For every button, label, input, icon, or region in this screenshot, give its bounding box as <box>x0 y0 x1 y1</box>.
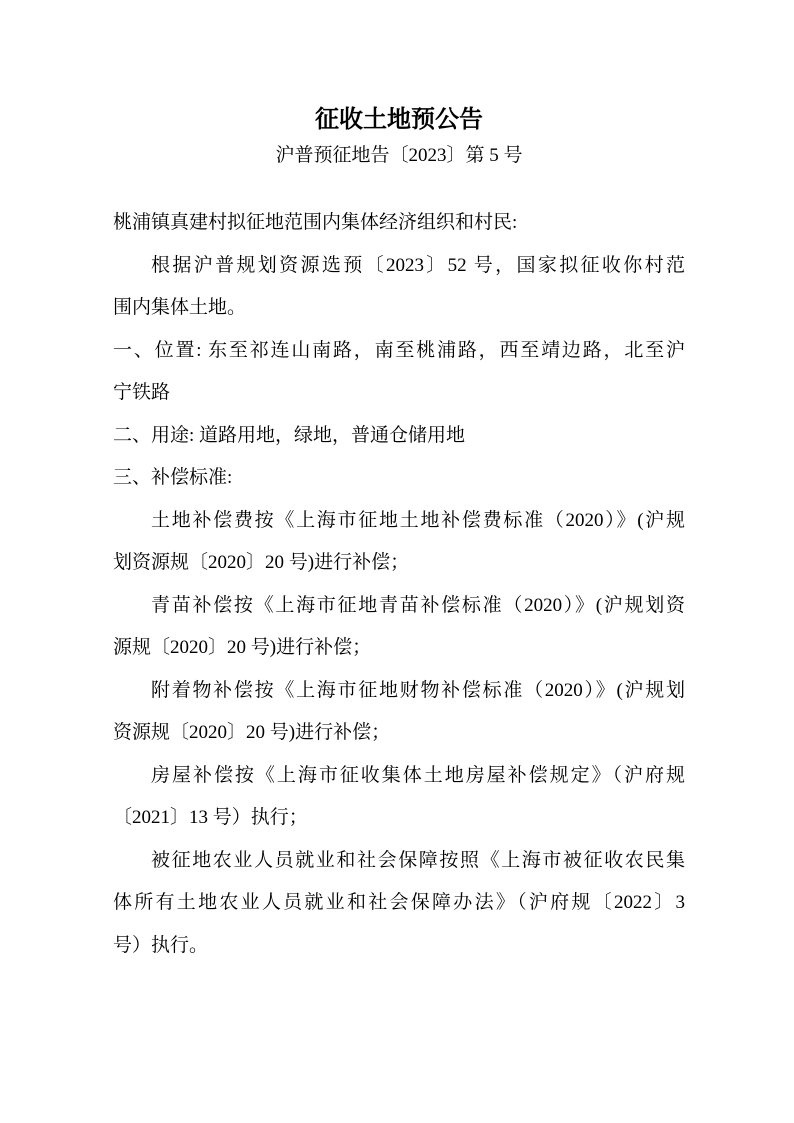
text-line: 根据沪普规划资源选预〔2023〕52 号，国家拟征收你村范 <box>113 245 685 288</box>
text-line: 房屋补偿按《上海市征收集体土地房屋补偿规定》（沪府规 <box>113 755 685 798</box>
paragraph-salutation: 桃浦镇真建村拟征地范围内集体经济组织和村民: <box>113 202 685 245</box>
text-line: 三、补偿标准: <box>113 457 685 500</box>
text-line: 划资源规〔2020〕20 号)进行补偿； <box>113 542 685 585</box>
document-body: 桃浦镇真建村拟征地范围内集体经济组织和村民: 根据沪普规划资源选预〔2023〕5… <box>113 202 685 967</box>
text-line: 〔2021〕13 号）执行； <box>113 797 685 840</box>
paragraph-compensation-heading: 三、补偿标准: <box>113 457 685 500</box>
paragraph-employment-social-security: 被征地农业人员就业和社会保障按照《上海市被征收农民集 体所有土地农业人员就业和社… <box>113 840 685 968</box>
paragraph-attachment-compensation: 附着物补偿按《上海市征地财物补偿标准（2020）》(沪规划 资源规〔2020〕2… <box>113 670 685 755</box>
text-line: 一、位置: 东至祁连山南路，南至桃浦路，西至靖边路，北至沪 <box>113 330 685 373</box>
text-line: 宁铁路 <box>113 372 685 415</box>
text-line: 桃浦镇真建村拟征地范围内集体经济组织和村民: <box>113 202 685 245</box>
text-line: 体所有土地农业人员就业和社会保障办法》（沪府规〔2022〕3 <box>113 882 685 925</box>
text-line: 青苗补偿按《上海市征地青苗补偿标准（2020）》(沪规划资 <box>113 585 685 628</box>
document-number: 沪普预征地告〔2023〕第 5 号 <box>113 138 685 174</box>
paragraph-basis: 根据沪普规划资源选预〔2023〕52 号，国家拟征收你村范 围内集体土地。 <box>113 245 685 330</box>
text-line: 资源规〔2020〕20 号)进行补偿； <box>113 712 685 755</box>
text-line: 号）执行。 <box>113 925 685 968</box>
paragraph-land-compensation: 土地补偿费按《上海市征地土地补偿费标准（2020）》(沪规 划资源规〔2020〕… <box>113 500 685 585</box>
document-title: 征收土地预公告 <box>113 104 685 136</box>
text-line: 附着物补偿按《上海市征地财物补偿标准（2020）》(沪规划 <box>113 670 685 713</box>
document-page: 征收土地预公告 沪普预征地告〔2023〕第 5 号 桃浦镇真建村拟征地范围内集体… <box>0 0 794 1123</box>
paragraph-seedling-compensation: 青苗补偿按《上海市征地青苗补偿标准（2020）》(沪规划资 源规〔2020〕20… <box>113 585 685 670</box>
text-line: 围内集体土地。 <box>113 287 685 330</box>
text-line: 土地补偿费按《上海市征地土地补偿费标准（2020）》(沪规 <box>113 500 685 543</box>
paragraph-location: 一、位置: 东至祁连山南路，南至桃浦路，西至靖边路，北至沪 宁铁路 <box>113 330 685 415</box>
text-line: 源规〔2020〕20 号)进行补偿； <box>113 627 685 670</box>
text-line: 被征地农业人员就业和社会保障按照《上海市被征收农民集 <box>113 840 685 883</box>
paragraph-purpose: 二、用途: 道路用地，绿地，普通仓储用地 <box>113 415 685 458</box>
text-line: 二、用途: 道路用地，绿地，普通仓储用地 <box>113 415 685 458</box>
paragraph-housing-compensation: 房屋补偿按《上海市征收集体土地房屋补偿规定》（沪府规 〔2021〕13 号）执行… <box>113 755 685 840</box>
